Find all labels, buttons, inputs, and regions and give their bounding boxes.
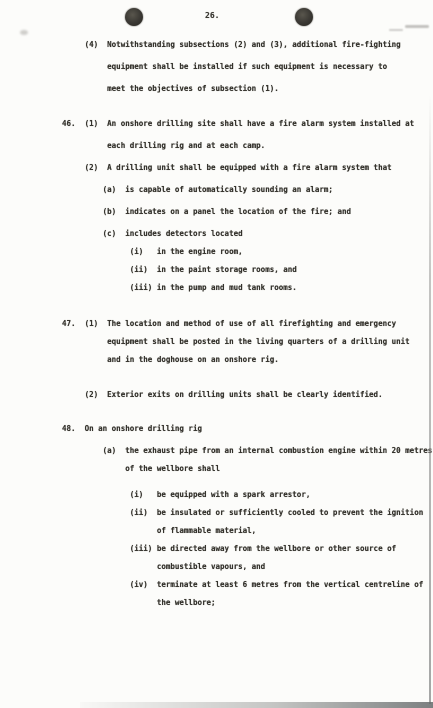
text-line: meet the objectives of subsection (1). [62, 84, 433, 106]
text-line: and in the doghouse on an onshore rig. [62, 355, 433, 373]
text-line: (a) the exhaust pipe from an internal co… [62, 446, 433, 464]
text-line: (4) Notwithstanding subsections (2) and … [62, 40, 433, 62]
text-line: combustible vapours, and [62, 562, 433, 580]
text-line: each drilling rig and at each camp. [62, 141, 433, 163]
text-line: (iii) in the pump and mud tank rooms. [62, 283, 433, 301]
text-line: (b) indicates on a panel the location of… [62, 207, 433, 229]
text-line: equipment shall be posted in the living … [62, 337, 433, 355]
text-line: (i) in the engine room, [62, 247, 433, 265]
text-line: (ii) be insulated or sufficiently cooled… [62, 508, 433, 526]
text-line: (2) A drilling unit shall be equipped wi… [62, 163, 433, 185]
page-number: 26. [205, 11, 245, 20]
text-line: (a) is capable of automatically sounding… [62, 185, 433, 207]
text-line: equipment shall be installed if such equ… [62, 62, 433, 84]
punch-hole-left-icon [125, 8, 143, 26]
text-line: (c) includes detectors located [62, 229, 433, 247]
scan-smudge-icon [20, 30, 28, 35]
page-edge-shadow [80, 702, 433, 708]
text-line: of flammable material, [62, 526, 433, 544]
text-line: (i) be equipped with a spark arrestor, [62, 490, 433, 508]
scan-smudge-icon [405, 25, 429, 28]
scan-smudge-icon [389, 29, 403, 31]
text-line: (2) Exterior exits on drilling units sha… [62, 390, 433, 408]
document-body: (4) Notwithstanding subsections (2) and … [62, 40, 433, 616]
text-line: (iii) be directed away from the wellbore… [62, 544, 433, 562]
text-line: (iv) terminate at least 6 metres from th… [62, 580, 433, 598]
scanned-page: 26. (4) Notwithstanding subsections (2) … [0, 0, 433, 708]
text-line: the wellbore; [62, 598, 433, 616]
text-line: 46. (1) An onshore drilling site shall h… [62, 119, 433, 141]
text-line: of the wellbore shall [62, 464, 433, 482]
text-line: (ii) in the paint storage rooms, and [62, 265, 433, 283]
page-edge-shadow [429, 95, 431, 704]
punch-hole-right-icon [295, 8, 313, 26]
text-line: 48. On an onshore drilling rig [62, 424, 433, 446]
text-line: 47. (1) The location and method of use o… [62, 319, 433, 337]
